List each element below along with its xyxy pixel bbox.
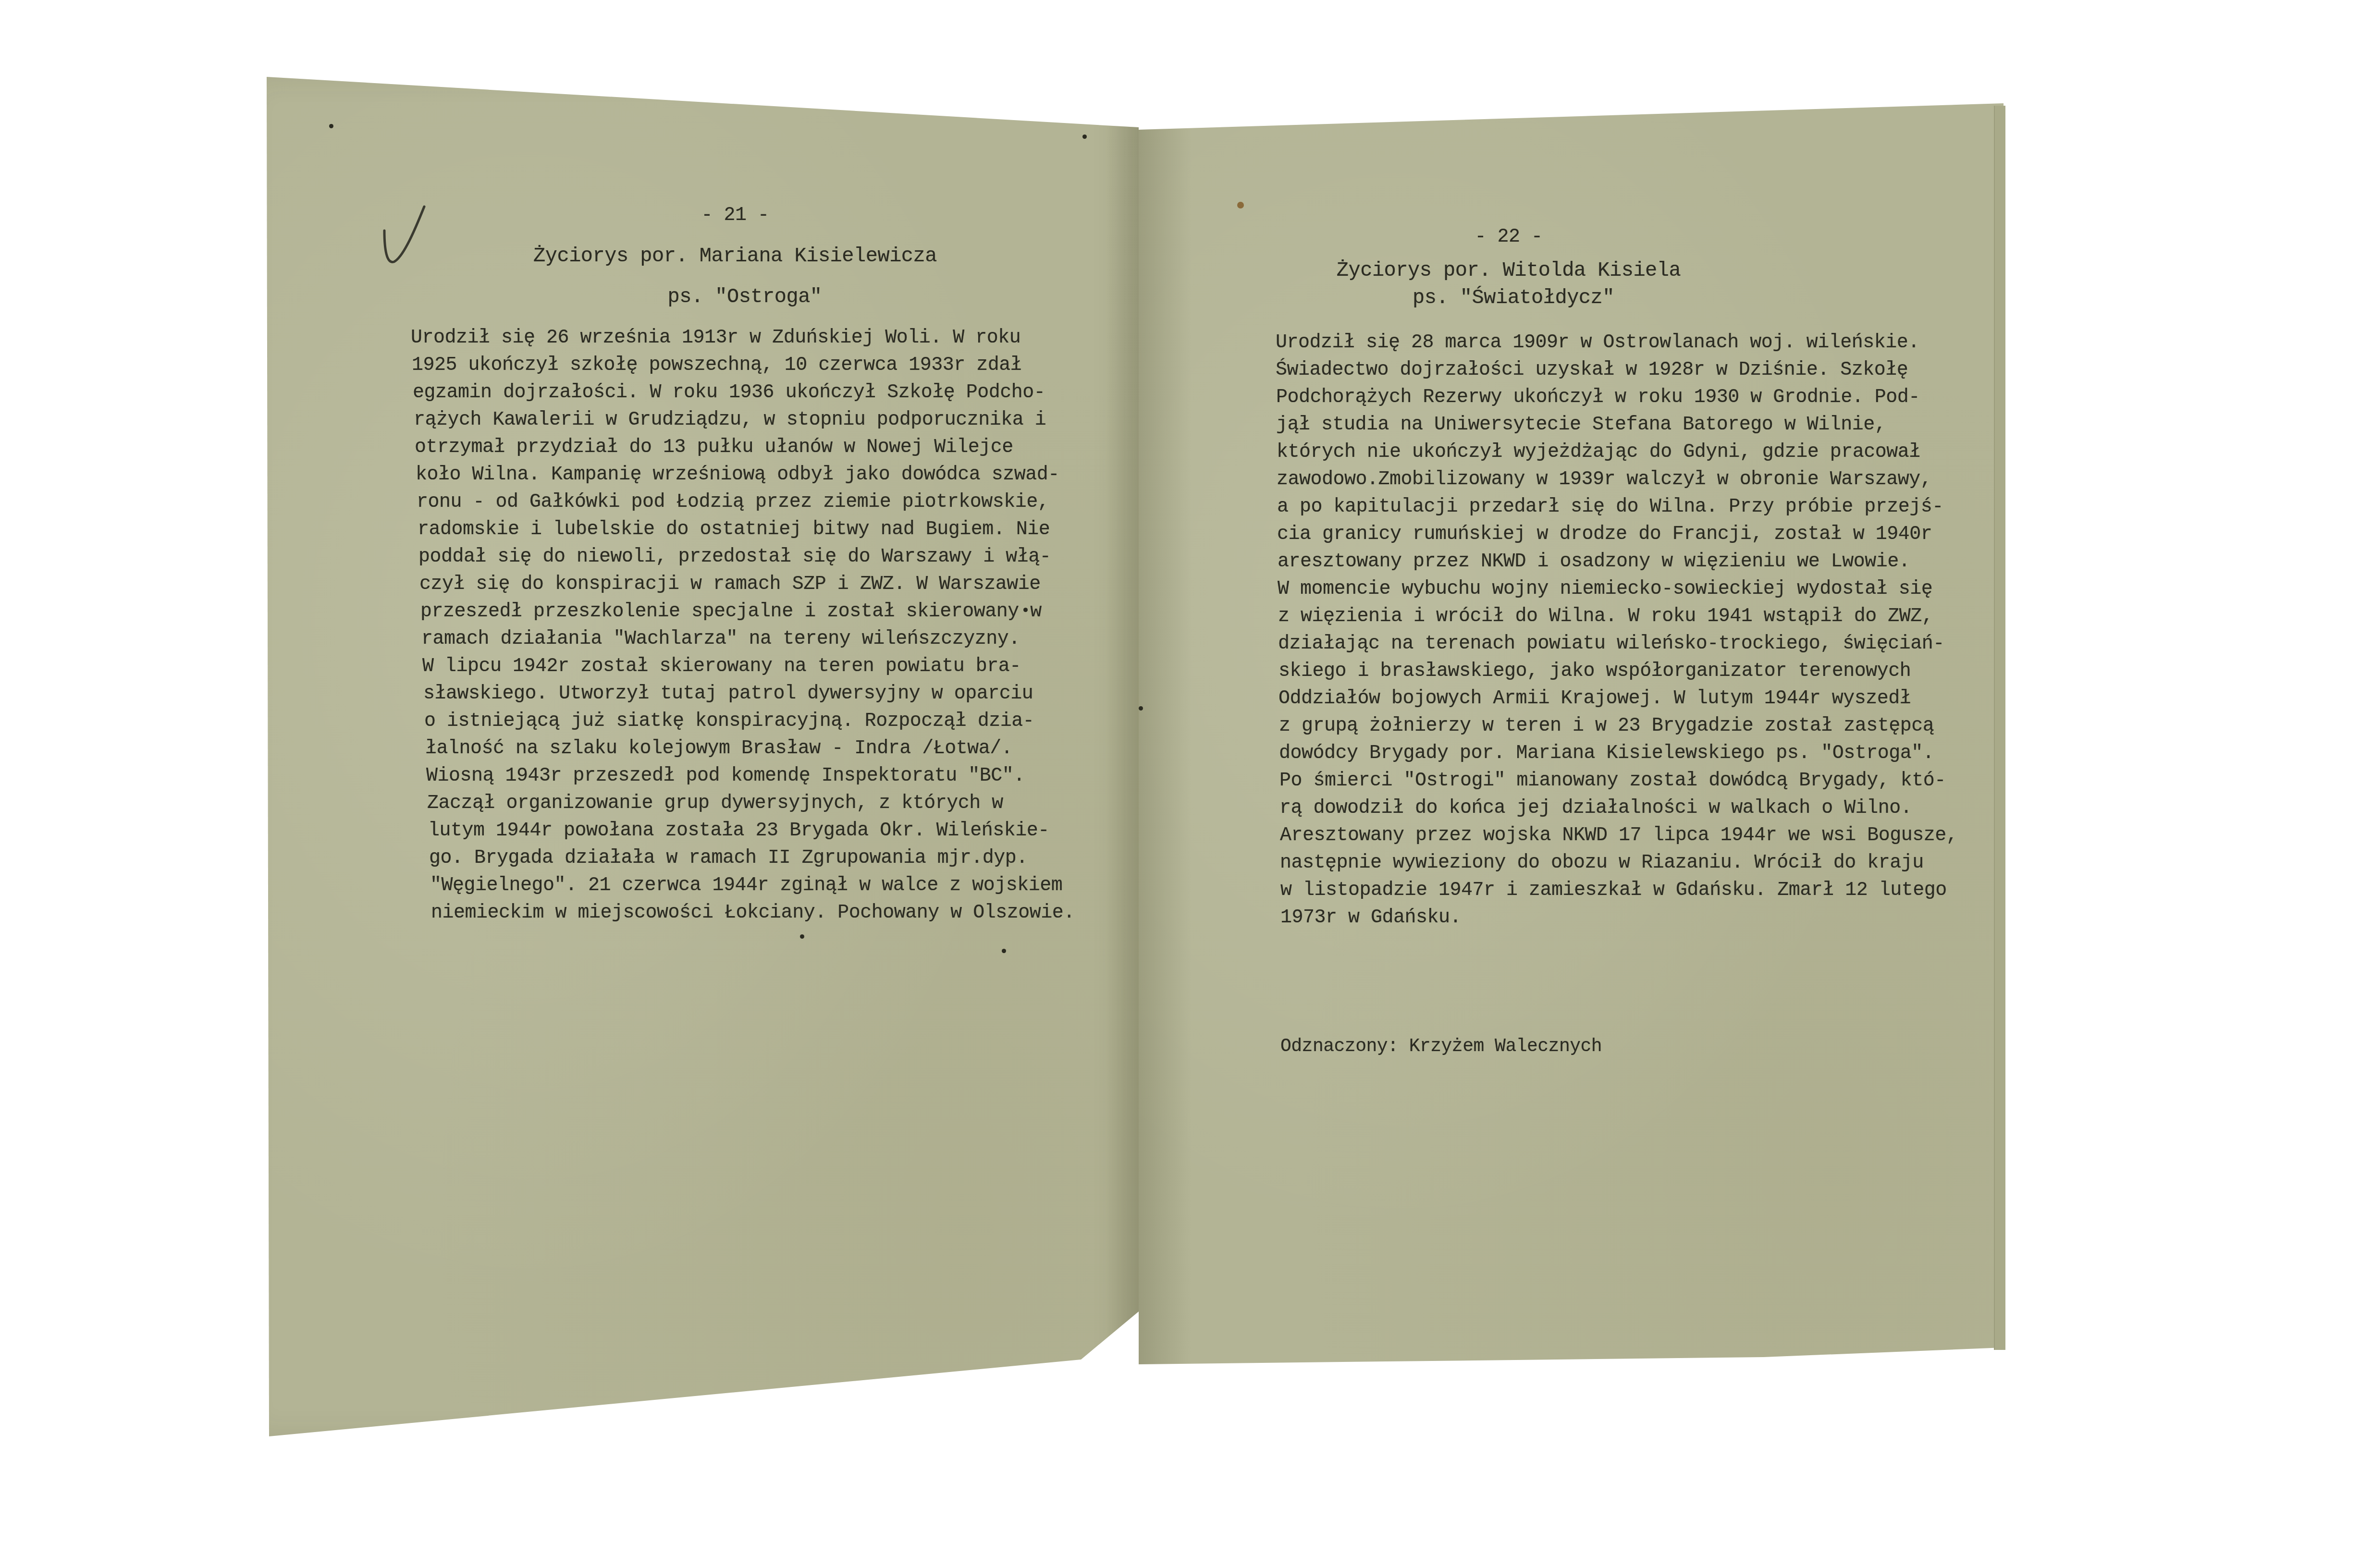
body-line: radomskie i lubelskie do ostatniej bitwy… [418,516,1050,543]
body-line: 1925 ukończył szkołę powszechną, 10 czer… [412,352,1021,379]
body-line: otrzymał przydział do 13 pułku ułanów w … [415,434,1013,461]
body-line: egzamin dojrzałości. W roku 1936 ukończy… [413,379,1045,406]
body-line: łalność na szlaku kolejowym Brasław - In… [425,735,1012,762]
body-line: niemieckim w miejscowości Łokciany. Poch… [431,899,1075,927]
pseudonym-left: ps. "Ostroga" [577,283,913,311]
body-line: Wiosną 1943r przeszedł pod komendę Inspe… [426,762,1025,790]
body-line: przeszedł przeszkolenie specjalne i zost… [420,598,1042,625]
ink-speck [1082,135,1087,139]
body-line: poddał się do niewoli, przedostał się do… [418,543,1051,571]
body-line: "Węgielnego". 21 czerwca 1944r zginął w … [430,872,1062,899]
body-line: z grupą żołnierzy w teren i w 23 Brygadz… [1279,712,1934,740]
biography-title-right: Życiorys por. Witolda Kisiela [1336,257,1682,284]
body-line: o istniejącą już siatkę konspiracyjną. R… [424,708,1034,735]
body-line: Po śmierci "Ostrogi" mianowany został do… [1279,767,1946,795]
biography-title-left: Życiorys por. Mariana Kisielewicza [480,243,990,270]
decoration-award-line: Odznaczony: Krzyżem Walecznych [1280,1033,1602,1060]
body-line: czył się do konspiracji w ramach SZP i Z… [419,571,1041,598]
body-line: jął studia na Uniwersytecie Stefana Bato… [1276,411,1886,439]
body-line: 1973r w Gdańsku. [1280,904,1461,931]
body-line: Urodził się 28 marca 1909r w Ostrowlanac… [1276,329,1919,356]
body-line: zawodowo.Zmobilizowany w 1939r walczył w… [1277,466,1931,493]
body-line: Podchorążych Rezerwy ukończył w roku 193… [1276,384,1920,411]
body-line: cia granicy rumuńskiej w drodze do Franc… [1277,521,1932,548]
body-line: rą dowodził do końca jej działalności w … [1279,795,1912,822]
body-line: Zaczął organizowanie grup dywersyjnych, … [427,790,1003,817]
body-line: Urodził się 26 września 1913r w Zduńskie… [411,324,1020,352]
body-line: a po kapitulacji przedarł się do Wilna. … [1277,493,1943,521]
open-booklet: - 21 - Życiorys por. Mariana Kisielewicz… [0,0,2360,1568]
ink-speck [1023,608,1028,612]
ink-speck [329,124,333,128]
body-line: skiego i brasławskiego, jako współorgani… [1278,658,1911,685]
body-line: w listopadzie 1947r i zamieszkał w Gdańs… [1280,877,1947,904]
body-line: sławskiego. Utworzył tutaj patrol dywers… [423,680,1033,708]
ink-speck [1139,706,1143,710]
body-line: rążych Kawalerii w Grudziądzu, w stopniu… [414,406,1046,434]
handwritten-checkmark-icon [382,204,430,271]
body-line: ramach działania "Wachlarza" na tereny w… [421,625,1020,653]
body-line: ronu - od Gałkówki pod Łodzią przez ziem… [417,489,1049,516]
body-line: następnie wywieziony do obozu w Riazaniu… [1280,849,1924,877]
ink-speck [1002,949,1006,953]
pseudonym-right: ps. "Światołdycz" [1384,284,1643,312]
body-line: aresztowany przez NKWD i osadzony w więz… [1278,548,1910,576]
body-line: których nie ukończył wyjeżdżając do Gdyn… [1277,439,1920,466]
body-line: działając na terenach powiatu wileńsko-t… [1278,630,1944,658]
body-line: Świadectwo dojrzałości uzyskał w 1928r w… [1276,356,1908,384]
page-number-left: - 21 - [639,202,831,229]
page-number-right: - 22 - [1413,223,1605,251]
body-line: dowódcy Brygady por. Mariana Kisielewski… [1279,740,1934,767]
stain-speck [1237,202,1244,208]
body-line: z więzienia i wrócił do Wilna. W roku 19… [1278,603,1933,630]
page-stack-edge [1994,106,2005,1350]
body-line: Oddziałów bojowych Armii Krajowej. W lut… [1278,685,1911,712]
ink-speck [800,934,804,939]
body-line: lutym 1944r powołana została 23 Brygada … [428,817,1049,845]
body-line: Aresztowany przez wojska NKWD 17 lipca 1… [1280,822,1957,849]
body-line: go. Brygada działała w ramach II Zgrupow… [429,845,1028,872]
body-line: W lipcu 1942r został skierowany na teren… [422,653,1021,680]
body-line: koło Wilna. Kampanię wrześniową odbył ja… [416,461,1059,489]
body-line: W momencie wybuchu wojny niemiecko-sowie… [1278,576,1932,603]
